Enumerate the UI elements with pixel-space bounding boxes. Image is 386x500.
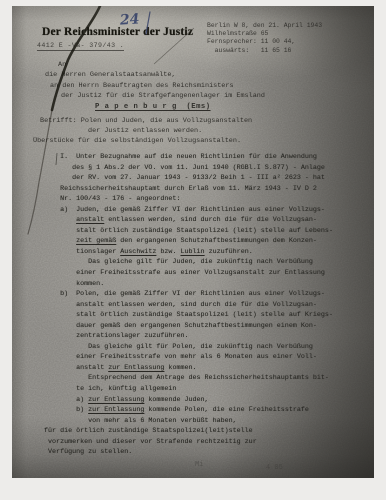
body-line: a) Juden, die gemäß Ziffer VI der Richtl…: [40, 205, 333, 216]
faint-bottom-mark-left: Mi: [195, 461, 203, 469]
handwritten-page-number: 24: [119, 11, 140, 28]
distribution-note: Überstücke für die selbständigen Vollzug…: [33, 137, 241, 145]
text-line: Berlin W 8, den 21. April 1943: [207, 22, 322, 30]
body-line: Reichssicherheitshauptamt durch Erlaß vo…: [40, 184, 333, 195]
body-line: dauer gemäß den ergangenen Schutzhaftbes…: [40, 321, 333, 332]
text-line: auswärts: 11 65 16: [207, 47, 322, 55]
body-line: Das gleiche gilt für Juden, die zukünfti…: [40, 257, 333, 268]
body-line: zeit gemäß den ergangenen Schutzhaftbest…: [40, 236, 333, 247]
body-line: Verfügung zu stellen.: [40, 447, 333, 458]
body-line: stalt örtlich zuständige Staatspolizei (…: [40, 310, 333, 321]
body-line: b) zur Entlassung kommende Polen, die ei…: [40, 405, 333, 416]
file-reference-number: 4412 E -Va- 379/43 .: [37, 42, 124, 51]
body-line: a) zur Entlassung kommende Juden,: [40, 395, 333, 406]
recipient-line-2: an den Herrn Beauftragten des Reichsmini…: [50, 82, 234, 90]
photo-frame: Der Reichsminister der Justiz 4412 E -Va…: [0, 0, 386, 500]
recipient-line-3: der Justiz für die Strafgefangenenlager …: [61, 92, 265, 100]
text-line: Wilhelmstraße 65: [207, 30, 322, 38]
letterhead-sender: Der Reichsminister der Justiz: [42, 26, 193, 38]
text-line: Fernsprecher: 11 00 44,: [207, 38, 322, 46]
document-content: Der Reichsminister der Justiz 4412 E -Va…: [12, 6, 374, 478]
body-line: anstalt entlassen werden, sind durch die…: [40, 300, 333, 311]
body-line: einer Freiheitsstrafe aus einer Vollzugs…: [40, 268, 333, 279]
body-line: des § 1 Abs.2 der VO. vom 11. Juni 1940 …: [40, 163, 333, 174]
body-line: Nr. 100/43 - 176 - angeordnet:: [40, 194, 333, 205]
body-line: stalt örtlich zuständige Staatspolizei (…: [40, 226, 333, 237]
body-line: einer Freiheitsstrafe von mehr als 6 Mon…: [40, 352, 333, 363]
body-line: te ich, künftig allgemein: [40, 384, 333, 395]
body-line: zentrationslager zuzuführen.: [40, 331, 333, 342]
body-line: für die örtlich zuständige Staatspolizei…: [40, 426, 333, 437]
body-line: I. Unter Bezugnahme auf die neuen Richtl…: [40, 152, 333, 163]
recipient-line-1: die Herren Generalstaatsanwälte,: [45, 71, 176, 79]
body-line: anstalt zur Entlassung kommen.: [40, 363, 333, 374]
body-text: I. Unter Bezugnahme auf die neuen Richtl…: [40, 152, 333, 458]
body-line: anstalt entlassen werden, sind durch die…: [40, 215, 333, 226]
salutation: An: [58, 61, 66, 69]
document-photograph: Der Reichsminister der Justiz 4412 E -Va…: [12, 6, 374, 478]
body-line: kommen.: [40, 279, 333, 290]
body-line: b) Polen, die gemäß Ziffer VI der Richtl…: [40, 289, 333, 300]
body-line: Das gleiche gilt für Polen, die zukünfti…: [40, 342, 333, 353]
body-line: Entsprechend dem Antrage des Reichssiche…: [40, 373, 333, 384]
recipient-location: P a p e n b u r g (Ems): [95, 103, 211, 111]
subject-line-1: Betrifft: Polen und Juden, die aus Vollz…: [40, 117, 252, 125]
date-address-block: Berlin W 8, den 21. April 1943Wilhelmstr…: [207, 22, 322, 55]
body-line: tionslager Auschwitz bzw. Lublin zuzufüh…: [40, 247, 333, 258]
subject-line-2: der Justiz entlassen werden.: [88, 127, 202, 135]
body-line: der RV. vom 27. Januar 1943 - 9133/2 Bei…: [40, 173, 333, 184]
faint-bottom-mark-right: 4 05: [266, 464, 283, 472]
body-line: von mehr als 6 Monaten verbüßt haben,: [40, 416, 333, 427]
body-line: vorzumerken und dieser vor Strafende rec…: [40, 437, 333, 448]
